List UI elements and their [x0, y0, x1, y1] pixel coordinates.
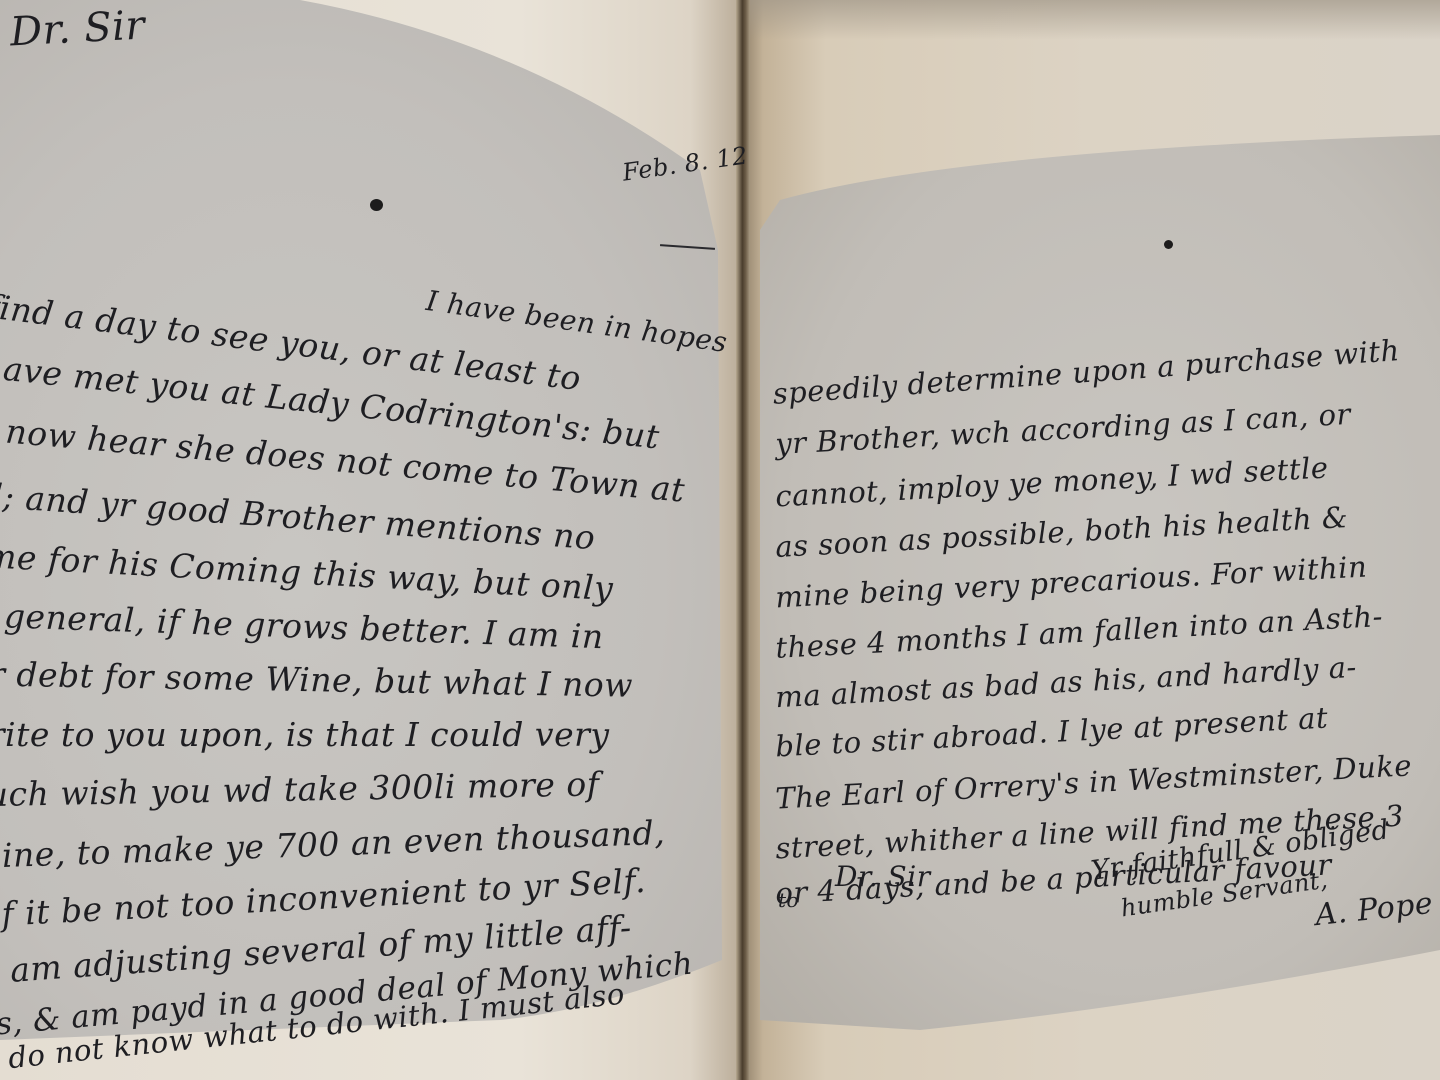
closing-salutation: Dr. Sir	[835, 860, 931, 893]
ink-blot	[370, 199, 383, 211]
text-line: to	[778, 888, 799, 912]
ink-blot	[1164, 240, 1173, 249]
salutation: Dr. Sir	[9, 2, 146, 55]
page-shadow	[742, 0, 1440, 40]
open-book-photo: Dr. Sir Feb. 8. 12 I have been in hopes …	[0, 0, 1440, 1080]
text-line: write to you upon, is that I could very	[0, 715, 610, 754]
